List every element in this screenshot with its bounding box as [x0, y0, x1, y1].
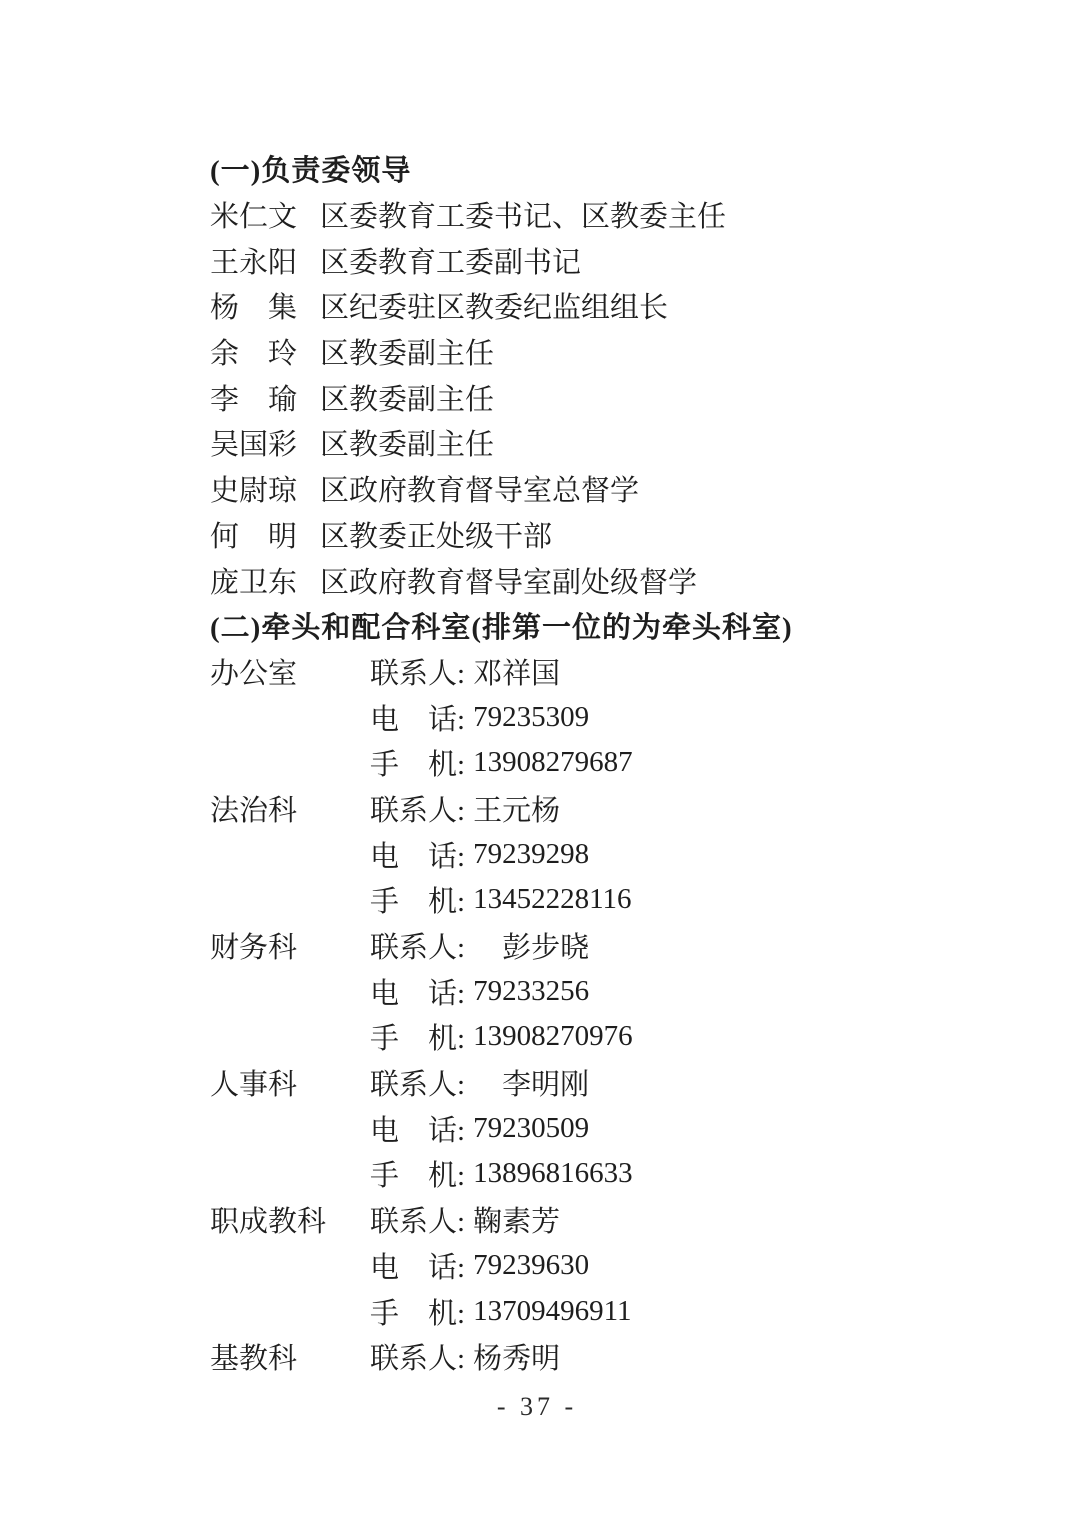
mobile-label: 手 机: [370, 1016, 465, 1057]
phone-number: 79233256 [473, 975, 589, 1008]
department-mobile-row: 手 机: 13908279687 [210, 740, 1010, 786]
department-mobile-row: 手 机: 13908270976 [210, 1014, 1010, 1060]
department-phone-row: 电 话: 79233256 [210, 968, 1010, 1014]
department-mobile-row: 手 机: 13896816633 [210, 1151, 1010, 1197]
mobile-label: 手 机: [370, 1153, 465, 1194]
department-contact-row: 办公室 联系人: 邓祥国 [210, 649, 1010, 695]
department-name: 办公室 [210, 651, 370, 692]
contact-name: 杨秀明 [473, 1336, 560, 1377]
contact-label: 联系人: [370, 925, 465, 966]
contact-label: 联系人: [370, 1199, 465, 1240]
leader-row: 米仁文 区委教育工委书记、区教委主任 [210, 192, 1010, 238]
phone-number: 79239630 [473, 1249, 589, 1282]
section-2-heading-text: (二)牵头和配合科室(排第一位的为牵头科室) [210, 605, 793, 646]
leader-name: 杨 集 [210, 285, 320, 326]
document-content: (一)负责委领导 米仁文 区委教育工委书记、区教委主任 王永阳 区委教育工委副书… [210, 146, 1010, 1380]
leader-title: 区委教育工委副书记 [320, 240, 581, 281]
department-mobile-row: 手 机: 13709496911 [210, 1288, 1010, 1334]
leader-name: 李 瑜 [210, 377, 320, 418]
mobile-number: 13709496911 [473, 1295, 631, 1328]
department-phone-row: 电 话: 79239630 [210, 1243, 1010, 1289]
mobile-number: 13908270976 [473, 1020, 633, 1053]
leader-title: 区教委副主任 [320, 331, 494, 372]
phone-label: 电 话: [370, 1108, 465, 1149]
mobile-number: 13896816633 [473, 1157, 633, 1190]
leader-name: 米仁文 [210, 194, 320, 235]
phone-label: 电 话: [370, 697, 465, 738]
leader-title: 区政府教育督导室副处级督学 [320, 560, 697, 601]
contact-label: 联系人: [370, 1336, 465, 1377]
department-name: 财务科 [210, 925, 370, 966]
leader-name: 王永阳 [210, 240, 320, 281]
leader-row: 杨 集 区纪委驻区教委纪监组组长 [210, 283, 1010, 329]
mobile-label: 手 机: [370, 742, 465, 783]
section-2-heading: (二)牵头和配合科室(排第一位的为牵头科室) [210, 603, 1010, 649]
section-1-heading-text: (一)负责委领导 [210, 148, 411, 189]
leader-row: 吴国彩 区教委副主任 [210, 420, 1010, 466]
leader-title: 区纪委驻区教委纪监组组长 [320, 285, 668, 326]
contact-name: 李明刚 [473, 1062, 589, 1103]
document-page: (一)负责委领导 米仁文 区委教育工委书记、区教委主任 王永阳 区委教育工委副书… [0, 0, 1074, 1520]
department-mobile-row: 手 机: 13452228116 [210, 877, 1010, 923]
contact-name: 鞠素芳 [473, 1199, 560, 1240]
department-name: 法治科 [210, 788, 370, 829]
mobile-number: 13908279687 [473, 746, 633, 779]
leader-row: 王永阳 区委教育工委副书记 [210, 237, 1010, 283]
leader-row: 余 玲 区教委副主任 [210, 329, 1010, 375]
contact-label: 联系人: [370, 1062, 465, 1103]
page-number: - 37 - [0, 1392, 1074, 1422]
phone-number: 79235309 [473, 701, 589, 734]
leader-row: 庞卫东 区政府教育督导室副处级督学 [210, 557, 1010, 603]
leader-row: 何 明 区教委正处级干部 [210, 512, 1010, 558]
leader-name: 余 玲 [210, 331, 320, 372]
phone-number: 79239298 [473, 838, 589, 871]
contact-name: 彭步晓 [473, 925, 589, 966]
leader-title: 区政府教育督导室总督学 [320, 468, 639, 509]
leader-title: 区委教育工委书记、区教委主任 [320, 194, 726, 235]
department-name: 基教科 [210, 1336, 370, 1377]
section-1-heading: (一)负责委领导 [210, 146, 1010, 192]
leader-name: 史尉琼 [210, 468, 320, 509]
department-contact-row: 基教科 联系人: 杨秀明 [210, 1334, 1010, 1380]
leader-row: 李 瑜 区教委副主任 [210, 374, 1010, 420]
phone-label: 电 话: [370, 834, 465, 875]
leader-title: 区教委副主任 [320, 377, 494, 418]
mobile-label: 手 机: [370, 879, 465, 920]
department-phone-row: 电 话: 79235309 [210, 694, 1010, 740]
contact-name: 邓祥国 [473, 651, 560, 692]
leader-name: 庞卫东 [210, 560, 320, 601]
department-phone-row: 电 话: 79230509 [210, 1105, 1010, 1151]
leader-title: 区教委正处级干部 [320, 514, 552, 555]
department-name: 职成教科 [210, 1199, 370, 1240]
leader-title: 区教委副主任 [320, 422, 494, 463]
leader-row: 史尉琼 区政府教育督导室总督学 [210, 466, 1010, 512]
department-contact-row: 人事科 联系人: 李明刚 [210, 1060, 1010, 1106]
department-contact-row: 财务科 联系人: 彭步晓 [210, 923, 1010, 969]
phone-label: 电 话: [370, 1245, 465, 1286]
department-phone-row: 电 话: 79239298 [210, 831, 1010, 877]
leader-name: 吴国彩 [210, 422, 320, 463]
department-contact-row: 职成教科 联系人: 鞠素芳 [210, 1197, 1010, 1243]
contact-label: 联系人: [370, 651, 465, 692]
mobile-label: 手 机: [370, 1291, 465, 1332]
phone-label: 电 话: [370, 971, 465, 1012]
department-name: 人事科 [210, 1062, 370, 1103]
leader-name: 何 明 [210, 514, 320, 555]
contact-label: 联系人: [370, 788, 465, 829]
phone-number: 79230509 [473, 1112, 589, 1145]
department-contact-row: 法治科 联系人: 王元杨 [210, 786, 1010, 832]
contact-name: 王元杨 [473, 788, 560, 829]
mobile-number: 13452228116 [473, 883, 631, 916]
